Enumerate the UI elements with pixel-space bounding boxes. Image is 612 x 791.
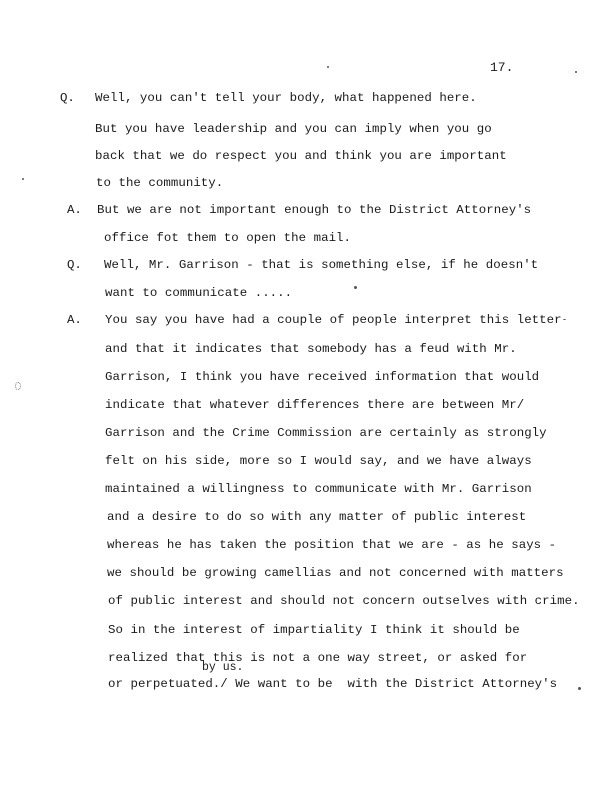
text-line: want to communicate ..... (105, 286, 292, 300)
text-line: You say you have had a couple of people … (105, 313, 562, 327)
text-line: felt on his side, more so I would say, a… (105, 454, 532, 468)
text-line: of public interest and should not concer… (108, 594, 580, 608)
text-line: realized that this is not a one way stre… (108, 651, 527, 665)
text-line: back that we do respect you and think yo… (95, 149, 507, 163)
text-line: and that it indicates that somebody has … (105, 342, 517, 356)
scan-speck (575, 71, 577, 73)
scan-speck (15, 382, 21, 390)
speaker-label: Q. (67, 258, 82, 272)
text-line: So in the interest of impartiality I thi… (108, 623, 520, 637)
scan-speck (327, 66, 329, 68)
text-line: But you have leadership and you can impl… (95, 122, 492, 136)
speaker-label: Q. (60, 91, 75, 105)
page-number: 17. (490, 60, 513, 75)
text-line: Garrison and the Crime Commission are ce… (105, 426, 547, 440)
speaker-label: A. (67, 313, 82, 327)
scan-speck (354, 286, 357, 289)
scan-speck (22, 178, 24, 180)
handwritten-interlineation: by us. (202, 661, 243, 674)
text-line: we should be growing camellias and not c… (107, 566, 564, 580)
scan-speck (578, 687, 581, 690)
document-page: 17. Q. Well, you can't tell your body, w… (0, 0, 612, 791)
text-line: to the community. (96, 176, 223, 190)
text-line: or perpetuated./ We want to be with the … (108, 677, 557, 691)
text-line: whereas he has taken the position that w… (107, 538, 556, 552)
speaker-label: A. (67, 203, 82, 217)
text-line: indicate that whatever differences there… (105, 398, 524, 412)
text-line: office fot them to open the mail. (104, 231, 351, 245)
text-line: Well, you can't tell your body, what hap… (95, 91, 477, 105)
text-line: Well, Mr. Garrison - that is something e… (104, 258, 538, 272)
scan-speck (563, 319, 566, 320)
text-line: and a desire to do so with any matter of… (107, 510, 526, 524)
text-line: maintained a willingness to communicate … (105, 482, 532, 496)
text-line: Garrison, I think you have received info… (105, 370, 539, 384)
text-line: But we are not important enough to the D… (97, 203, 531, 217)
